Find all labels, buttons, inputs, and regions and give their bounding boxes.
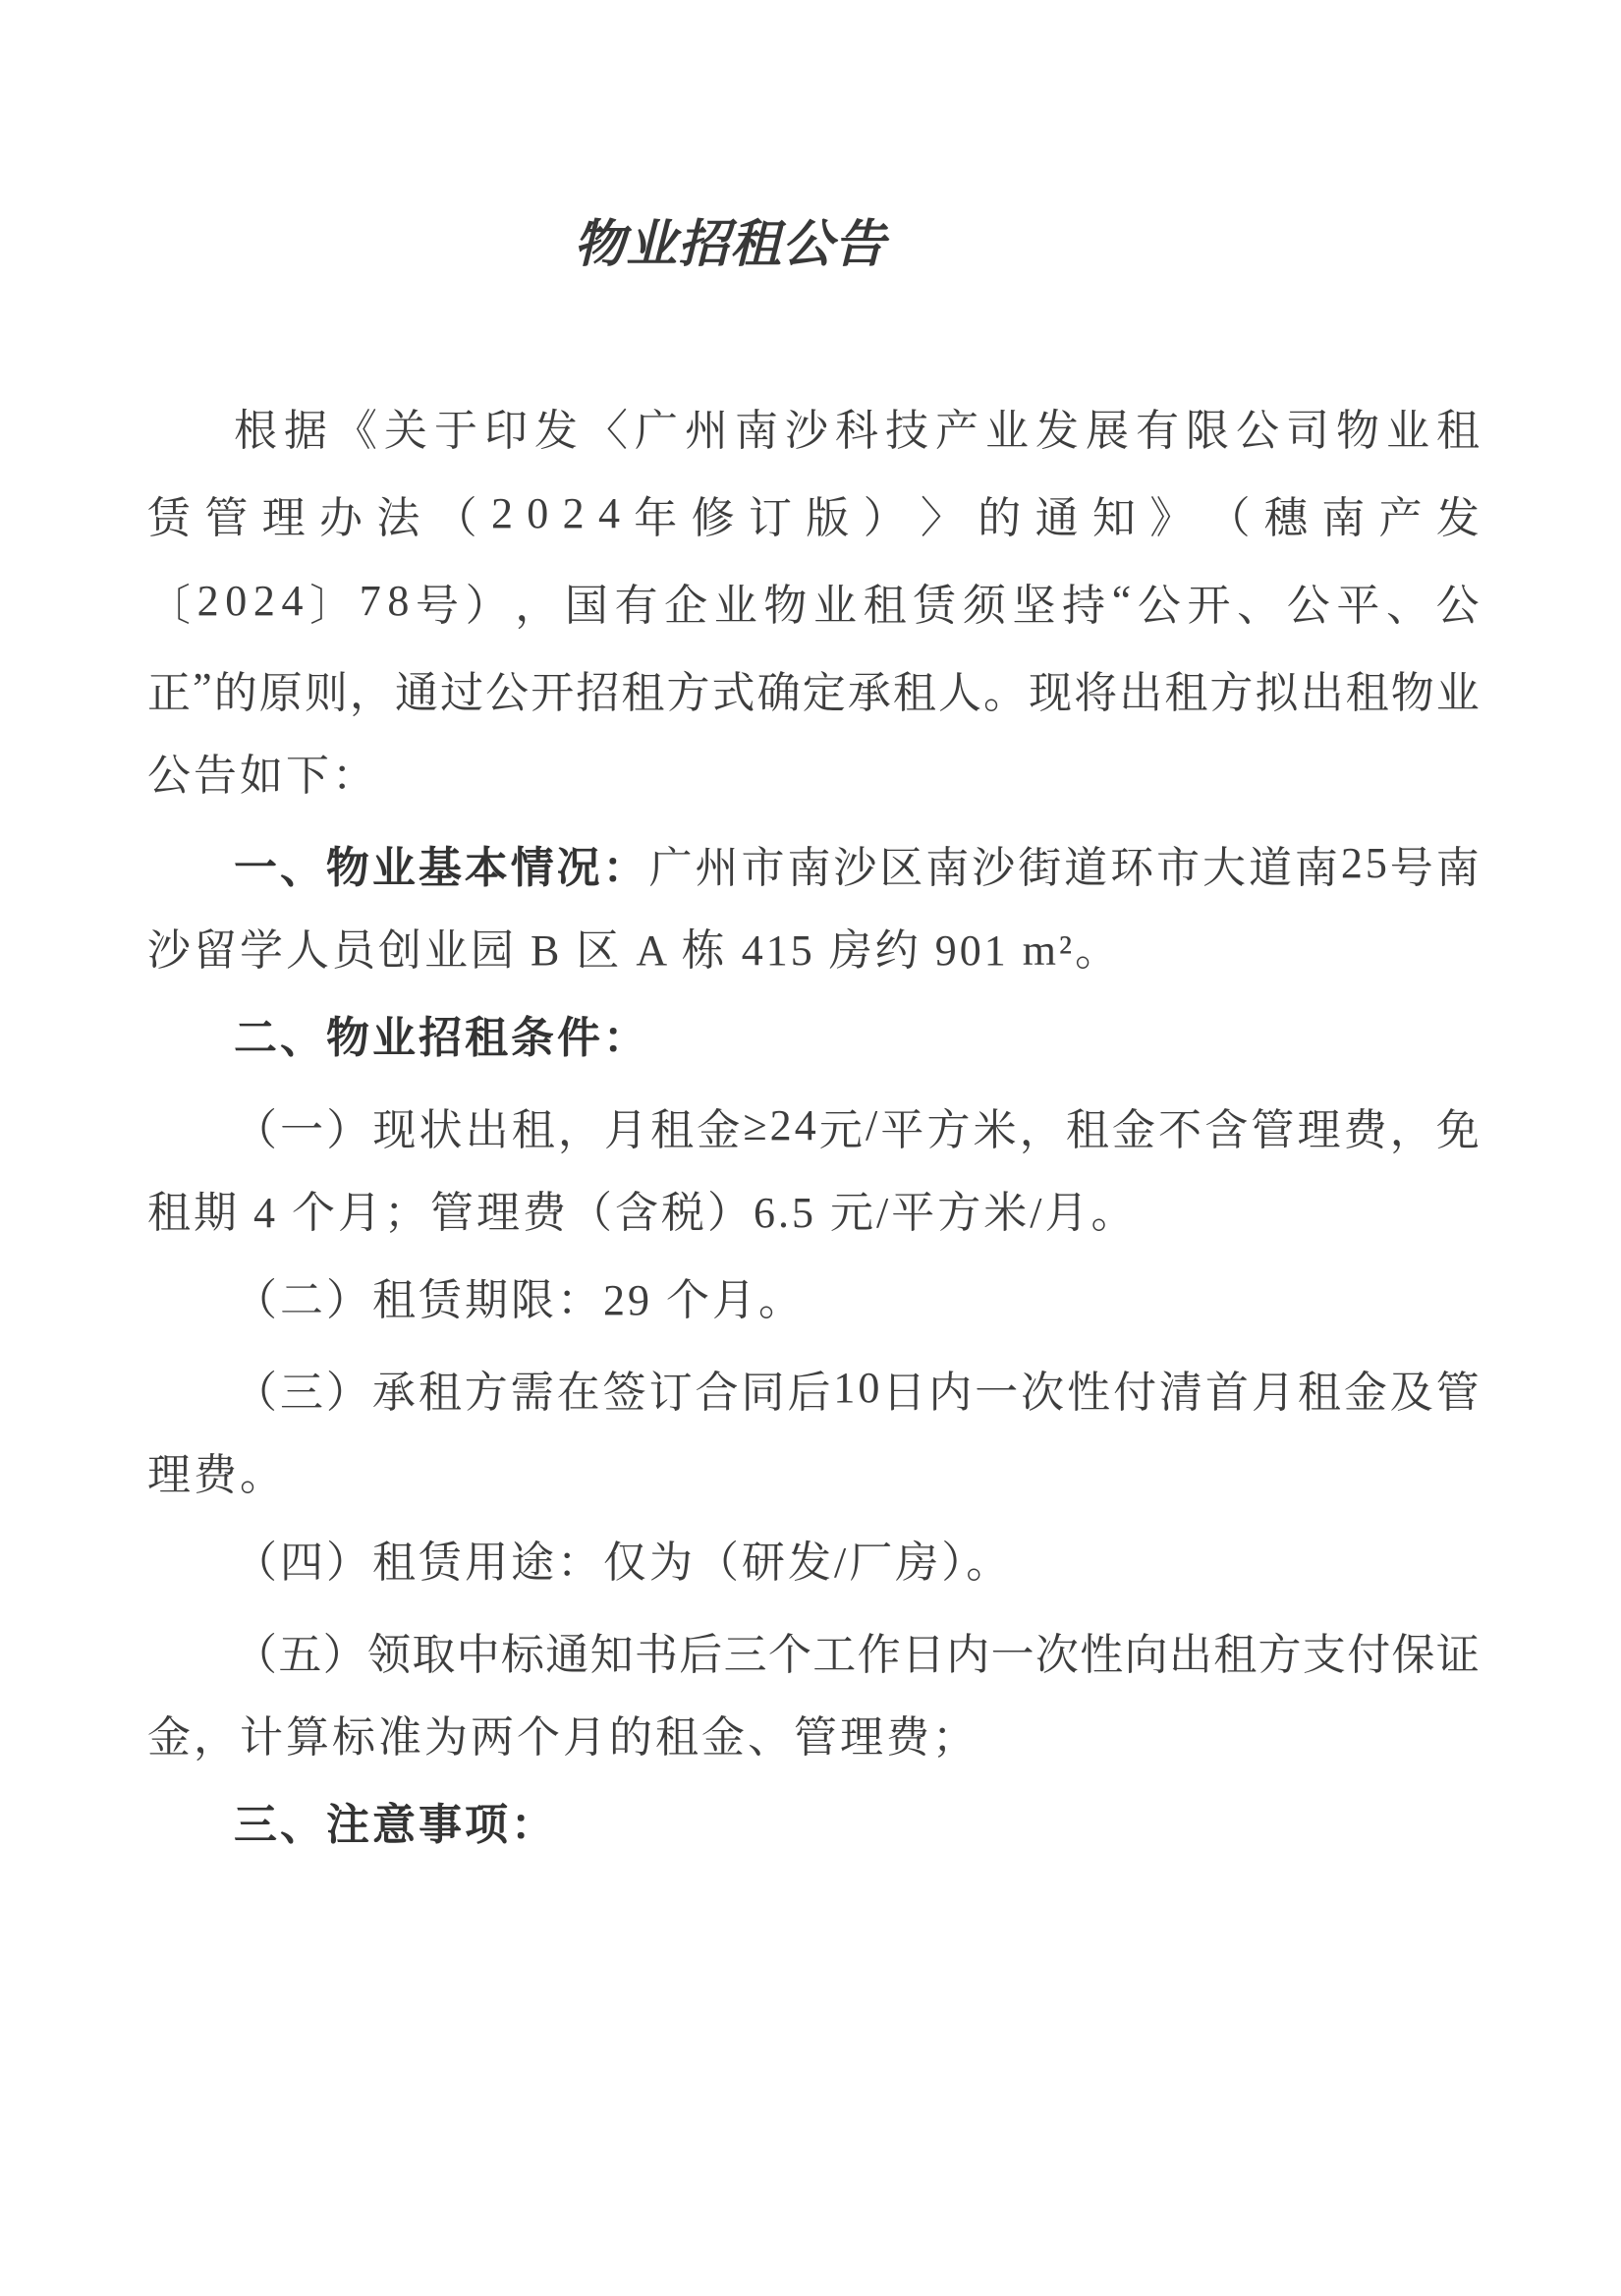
text-line: 租期 4 个月；管理费（含税）6.5 元/平方米/月。	[147, 1169, 1480, 1257]
text-line: （一）现状出租，月租金≥24元/平方米，租金不含管理费，免	[147, 1082, 1480, 1169]
document-body: 根据《关于印发〈广州南沙科技产业发展有限公司物业租赁管理办法（2024年修订版）…	[147, 382, 1480, 1869]
text-line: 一、物业基本情况：广州市南沙区南沙街道环市大道南25号南	[147, 819, 1480, 907]
page: 物业招租公告 根据《关于印发〈广州南沙科技产业发展有限公司物业租赁管理办法（20…	[0, 0, 1621, 2296]
document-title: 物业招租公告	[0, 202, 1621, 276]
text-line: 赁管理办法（2024年修订版）〉的通知》（穗南产发	[147, 470, 1480, 557]
text-line: （三）承租方需在签订合同后10日内一次性付清首月租金及管	[147, 1344, 1480, 1431]
text-line: 理费。	[147, 1431, 1480, 1519]
text-line: 公告如下：	[147, 732, 1480, 819]
text-line: 三、注意事项：	[147, 1781, 1480, 1869]
text-line: （二）租赁期限：29 个月。	[147, 1257, 1480, 1344]
text-line: 二、物业招租条件：	[147, 994, 1480, 1082]
text-line: 根据《关于印发〈广州南沙科技产业发展有限公司物业租	[147, 382, 1480, 470]
text-line: 沙留学人员创业园 B 区 A 栋 415 房约 901 m²。	[147, 907, 1480, 994]
text-line: （四）租赁用途：仅为（研发/厂房）。	[147, 1519, 1480, 1606]
text-line: 金，计算标准为两个月的租金、管理费；	[147, 1694, 1480, 1781]
text-line: （五）领取中标通知书后三个工作日内一次性向出租方支付保证	[147, 1606, 1480, 1694]
document-title-text: 物业招租公告	[574, 202, 886, 276]
text-line: 〔2024〕78号），国有企业物业租赁须坚持“公开、公平、公	[147, 557, 1480, 644]
text-line: 正”的原则，通过公开招租方式确定承租人。现将出租方拟出租物业	[147, 644, 1480, 732]
